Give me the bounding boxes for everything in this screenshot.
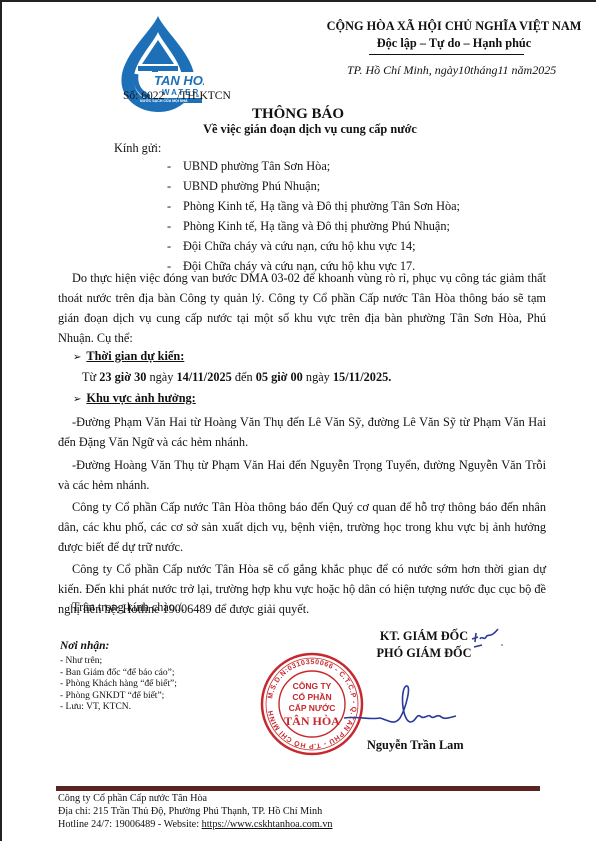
svg-text:CÔNG TY: CÔNG TY [293,680,332,691]
outage-time-range: Từ 23 giờ 30 ngày 14/11/2025 đến 05 giờ … [82,370,391,385]
notice-paragraph: Công ty Cổ phần Cấp nước Tân Hòa thông b… [58,497,546,557]
recipient-list: -UBND phường Tân Sơn Hòa; -UBND phường P… [183,156,460,276]
arrow-bullet-icon: ➢ [73,352,81,363]
signer-name: Nguyễn Trần Lam [367,738,464,753]
affected-area-item: -Đường Phạm Văn Hai từ Hoàng Văn Thụ đến… [58,412,546,452]
section-area-heading: ➢Khu vực ảnh hưởng: [73,391,196,406]
window-top-border [0,0,596,2]
document-subtitle: Về việc gián đoạn dịch vụ cung cấp nước [12,122,596,137]
national-title: CỘNG HÒA XÃ HỘI CHỦ NGHĨA VIỆT NAM [318,19,590,34]
section-time-heading: ➢Thời gian dự kiến: [73,349,184,364]
document-number-suffix: /TH-KTCN [177,90,231,102]
distribution-item: - Lưu: VT, KTCN. [60,702,177,714]
footer-divider [56,786,540,791]
document-title: THÔNG BÁO [0,106,596,123]
distribution-item: - Phòng GNKDT “để biết”; [60,691,177,703]
svg-text:CỔ PHẦN: CỔ PHẦN [292,691,331,702]
national-motto: Độc lập – Tự do – Hạnh phúc [318,36,590,51]
recipient-item: -UBND phường Phú Nhuận; [183,176,460,196]
end-date: 15/11/2025. [333,370,391,384]
document-number-label: Số: 6022 [123,90,164,102]
window-left-border [0,0,2,841]
recipient-item: -Phòng Kinh tế, Hạ tầng và Đô thị phường… [183,196,460,216]
distribution-item: - Như trên; [60,656,177,668]
motto-underline [369,54,524,55]
start-date: 14/11/2025 [176,370,231,384]
svg-text:TAN HOA: TAN HOA [154,73,204,88]
footer-contact: Hotline 24/7: 19006489 - Website: https:… [58,818,333,831]
footer-company: Công ty Cổ phần Cấp nước Tân Hòa [58,792,333,805]
intro-paragraph: Do thực hiện việc đóng van bước DMA 03-0… [58,268,546,348]
dateline: TP. Hồ Chí Minh, ngày10tháng11 năm2025 [347,63,556,78]
website-link[interactable]: https://www.cskhtanhoa.com.vn [202,819,333,830]
recipient-item: -Phòng Kinh tế, Hạ tầng và Đô thị phường… [183,216,460,236]
recipient-item: -UBND phường Tân Sơn Hòa; [183,156,460,176]
footer: Công ty Cổ phần Cấp nước Tân Hòa Địa chỉ… [58,792,333,831]
affected-area-item: -Đường Hoàng Văn Thụ từ Phạm Văn Hai đến… [58,455,546,495]
distribution-item: - Phòng Khách hàng “để biết”; [60,679,177,691]
addressee-label: Kính gửi: [114,141,161,156]
start-time: 23 giờ 30 [99,370,146,384]
recipient-item: -Đội Chữa cháy và cứu nạn, cứu hộ khu vự… [183,236,460,256]
handwritten-signature [344,680,464,730]
document-number: Số: 6022 /TH-KTCN [123,90,231,102]
end-time: 05 giờ 00 [256,370,303,384]
footer-address: Địa chỉ: 215 Trần Thủ Độ, Phường Phú Thạ… [58,805,333,818]
distribution-list: - Như trên; - Ban Giám đốc “để báo cáo”;… [60,656,177,714]
svg-text:CẤP NƯỚC: CẤP NƯỚC [289,702,336,713]
svg-text:TÂN HÒA: TÂN HÒA [284,714,340,728]
initials-signature [468,625,508,651]
distribution-label: Nơi nhận: [60,640,109,652]
arrow-bullet-icon: ➢ [73,394,81,405]
closing-line: Trân trọng kính chào./. [72,600,185,615]
distribution-item: - Ban Giám đốc “để báo cáo”; [60,668,177,680]
